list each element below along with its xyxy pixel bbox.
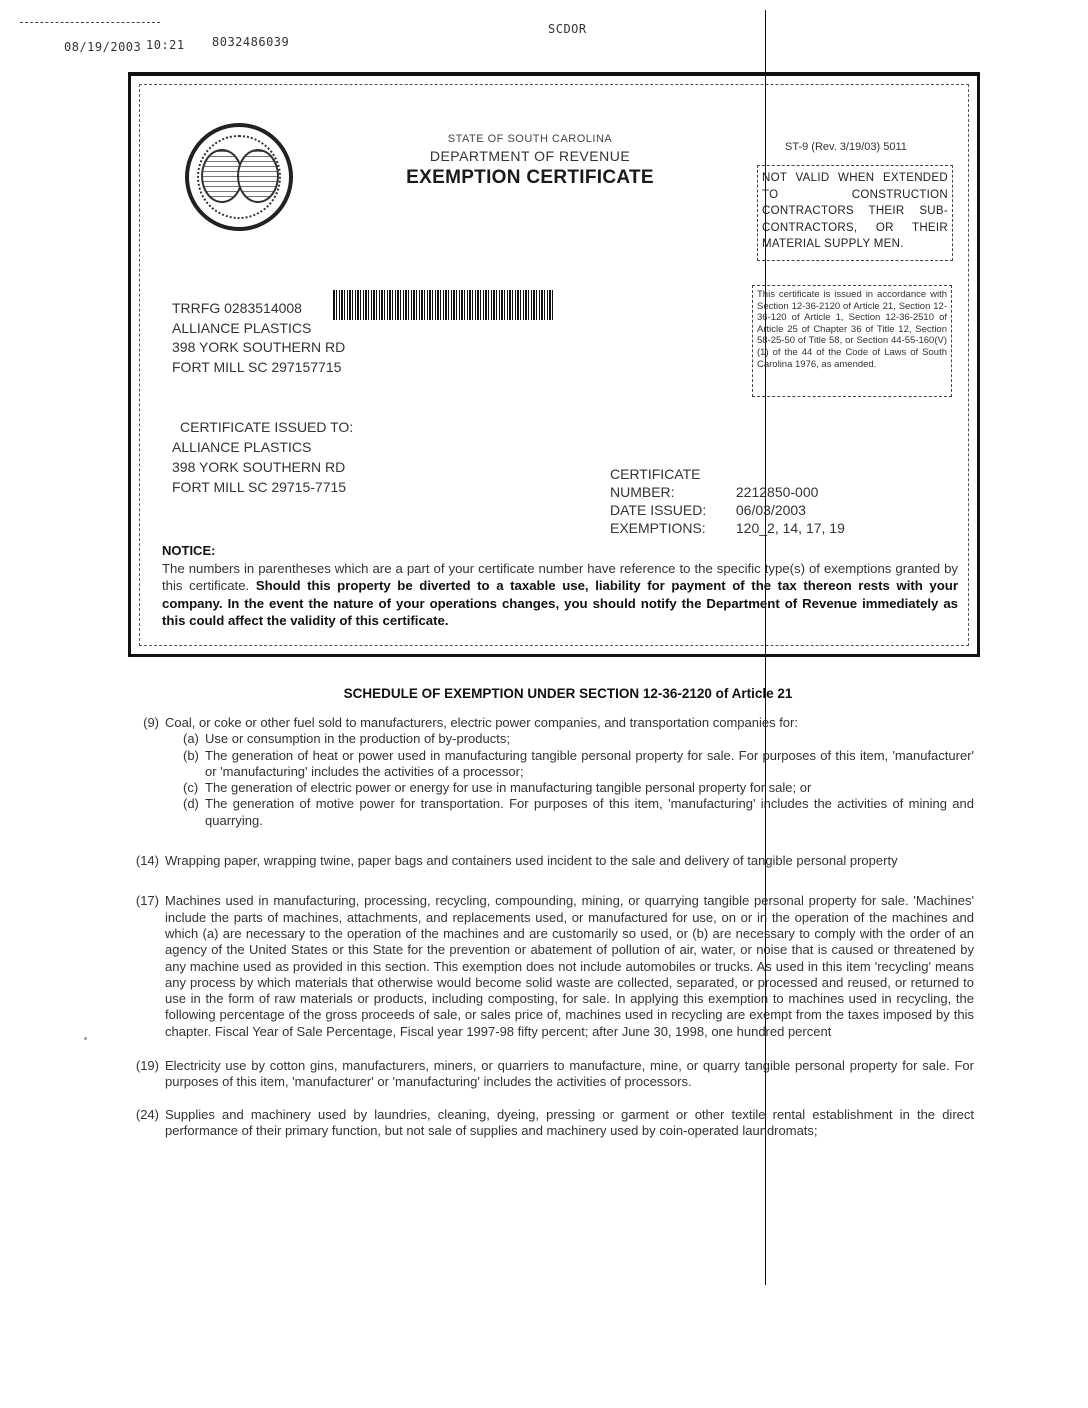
certificate-inner-border: STATE OF SOUTH CAROLINA DEPARTMENT OF RE… [139,84,969,646]
schedule-item-number: (9) [123,715,159,731]
scan-speck [84,1037,87,1040]
schedule-item: (17)Machines used in manufacturing, proc… [165,893,974,1040]
schedule-item-number: (24) [123,1107,159,1123]
subitem-letter: (c) [183,780,198,796]
fax-header-rule [20,22,160,23]
date-issued-value: 06/03/2003 [736,502,806,518]
form-number: ST-9 (Rev. 3/19/03) 5011 [785,141,907,153]
schedule-subitem: (c)The generation of electric power or e… [205,780,974,796]
subitem-letter: (d) [183,796,199,812]
issued-to-street: 398 YORK SOUTHERN RD [172,457,353,477]
schedule-item-text: Supplies and machinery used by laundries… [165,1107,974,1140]
schedule-item-number: (19) [123,1058,159,1074]
schedule-subitem: (d)The generation of motive power for tr… [205,796,974,829]
fax-time: 10:21 [146,38,185,52]
fax-sender: SCDOR [548,22,587,36]
subitem-letter: (b) [183,748,199,764]
fax-date: 08/19/2003 [64,40,141,54]
subitem-text: Use or consumption in the production of … [205,731,510,746]
schedule-item-text: Machines used in manufacturing, processi… [165,893,974,1040]
issued-to-block: CERTIFICATE ISSUED TO: ALLIANCE PLASTICS… [172,417,353,497]
department-name: DEPARTMENT OF REVENUE [380,148,680,164]
issued-to-label: CERTIFICATE ISSUED TO: [172,417,353,437]
issued-to-city: FORT MILL SC 29715-7715 [172,477,353,497]
exemptions-row: EXEMPTIONS: 120_2, 14, 17, 19 [610,519,845,537]
notice-body: The numbers in parentheses which are a p… [162,560,958,629]
scan-artifact-line [765,10,766,1285]
legal-basis: This certificate is issued in accordance… [752,285,952,397]
notice: NOTICE: The numbers in parentheses which… [162,543,958,629]
schedule-subitem: (a)Use or consumption in the production … [205,731,974,747]
schedule-item-text: Coal, or coke or other fuel sold to manu… [165,715,974,731]
postal-barcode [333,290,555,320]
schedule-item: (9)Coal, or coke or other fuel sold to m… [165,715,974,829]
schedule-item: (14)Wrapping paper, wrapping twine, pape… [165,853,974,869]
exemption-schedule: SCHEDULE OF EXEMPTION UNDER SECTION 12-3… [122,686,974,1139]
date-issued-row: DATE ISSUED: 06/03/2003 [610,501,845,519]
schedule-item: (24)Supplies and machinery used by laund… [165,1107,974,1140]
mailing-city: FORT MILL SC 297157715 [172,358,345,378]
seal-figure-panel [237,149,279,203]
schedule-title: SCHEDULE OF EXEMPTION UNDER SECTION 12-3… [162,686,974,701]
state-seal-icon [185,123,293,231]
certificate-title: EXEMPTION CERTIFICATE [380,167,680,189]
issued-to-name: ALLIANCE PLASTICS [172,437,353,457]
schedule-item-number: (14) [123,853,159,869]
state-name: STATE OF SOUTH CAROLINA [380,133,680,145]
subitem-text: The generation of motive power for trans… [205,796,974,827]
schedule-subitems: (a)Use or consumption in the production … [185,731,974,829]
schedule-item-text: Electricity use by cotton gins, manufact… [165,1058,974,1091]
certificate-number-row: CERTIFICATE NUMBER: 2212850-000 [610,465,845,501]
subitem-letter: (a) [183,731,199,747]
schedule-subitem: (b)The generation of heat or power used … [205,748,974,781]
schedule-item-text: Wrapping paper, wrapping twine, paper ba… [165,853,974,869]
mailing-id-line: TRRFG 0283514008 [172,299,345,319]
exemption-certificate: STATE OF SOUTH CAROLINA DEPARTMENT OF RE… [128,72,980,657]
fax-phone: 8032486039 [212,35,289,49]
subitem-text: The generation of electric power or ener… [205,780,811,795]
schedule-items: (9)Coal, or coke or other fuel sold to m… [122,715,974,1139]
schedule-item-number: (17) [123,893,159,909]
notice-bold-text: Should this property be diverted to a ta… [162,578,958,628]
certificate-heading: STATE OF SOUTH CAROLINA DEPARTMENT OF RE… [380,133,680,189]
schedule-item: (19)Electricity use by cotton gins, manu… [165,1058,974,1091]
notice-title: NOTICE: [162,543,958,558]
mailing-name: ALLIANCE PLASTICS [172,319,345,339]
subitem-text: The generation of heat or power used in … [205,748,974,779]
certificate-number-label: CERTIFICATE NUMBER: [610,465,732,501]
certificate-info: CERTIFICATE NUMBER: 2212850-000 DATE ISS… [610,465,845,537]
exemptions-label: EXEMPTIONS: [610,519,732,537]
certificate-number-value: 2212850-000 [736,484,819,500]
mailing-address: TRRFG 0283514008 ALLIANCE PLASTICS 398 Y… [172,299,345,377]
mailing-street: 398 YORK SOUTHERN RD [172,338,345,358]
contractor-warning: NOT VALID WHEN EXTENDED TO CONSTRUCTION … [757,165,953,261]
date-issued-label: DATE ISSUED: [610,501,732,519]
exemptions-value: 120_2, 14, 17, 19 [736,520,845,536]
